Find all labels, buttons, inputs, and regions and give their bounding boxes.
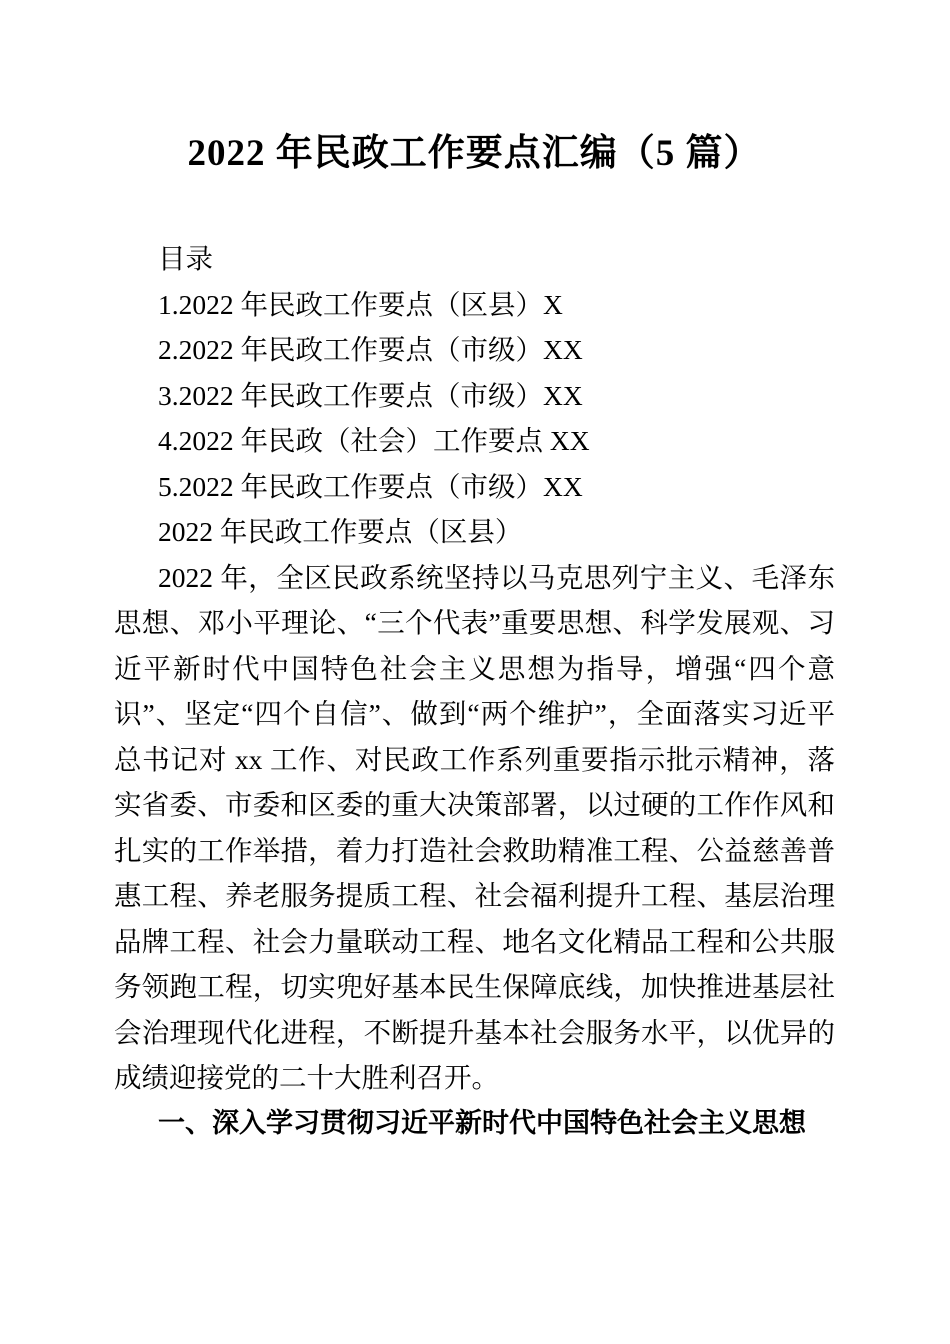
- section-title: 2022 年民政工作要点（区县）: [114, 509, 835, 555]
- body-paragraph: 2022 年，全区民政系统坚持以马克思列宁主义、毛泽东思想、邓小平理论、“三个代…: [114, 555, 835, 1101]
- toc-label: 目录: [114, 236, 835, 282]
- toc-item-5: 5.2022 年民政工作要点（市级）XX: [114, 464, 835, 510]
- toc-item-1: 1.2022 年民政工作要点（区县）X: [114, 282, 835, 328]
- toc-item-3: 3.2022 年民政工作要点（市级）XX: [114, 373, 835, 419]
- section-heading: 一、深入学习贯彻习近平新时代中国特色社会主义思想: [114, 1101, 835, 1147]
- document-body: 目录 1.2022 年民政工作要点（区县）X 2.2022 年民政工作要点（市级…: [114, 236, 835, 1146]
- toc-item-2: 2.2022 年民政工作要点（市级）XX: [114, 327, 835, 373]
- document-page: 2022 年民政工作要点汇编（5 篇） 目录 1.2022 年民政工作要点（区县…: [0, 0, 950, 1344]
- table-of-contents: 目录 1.2022 年民政工作要点（区县）X 2.2022 年民政工作要点（市级…: [114, 236, 835, 509]
- toc-item-4: 4.2022 年民政（社会）工作要点 XX: [114, 418, 835, 464]
- document-title: 2022 年民政工作要点汇编（5 篇）: [114, 130, 835, 178]
